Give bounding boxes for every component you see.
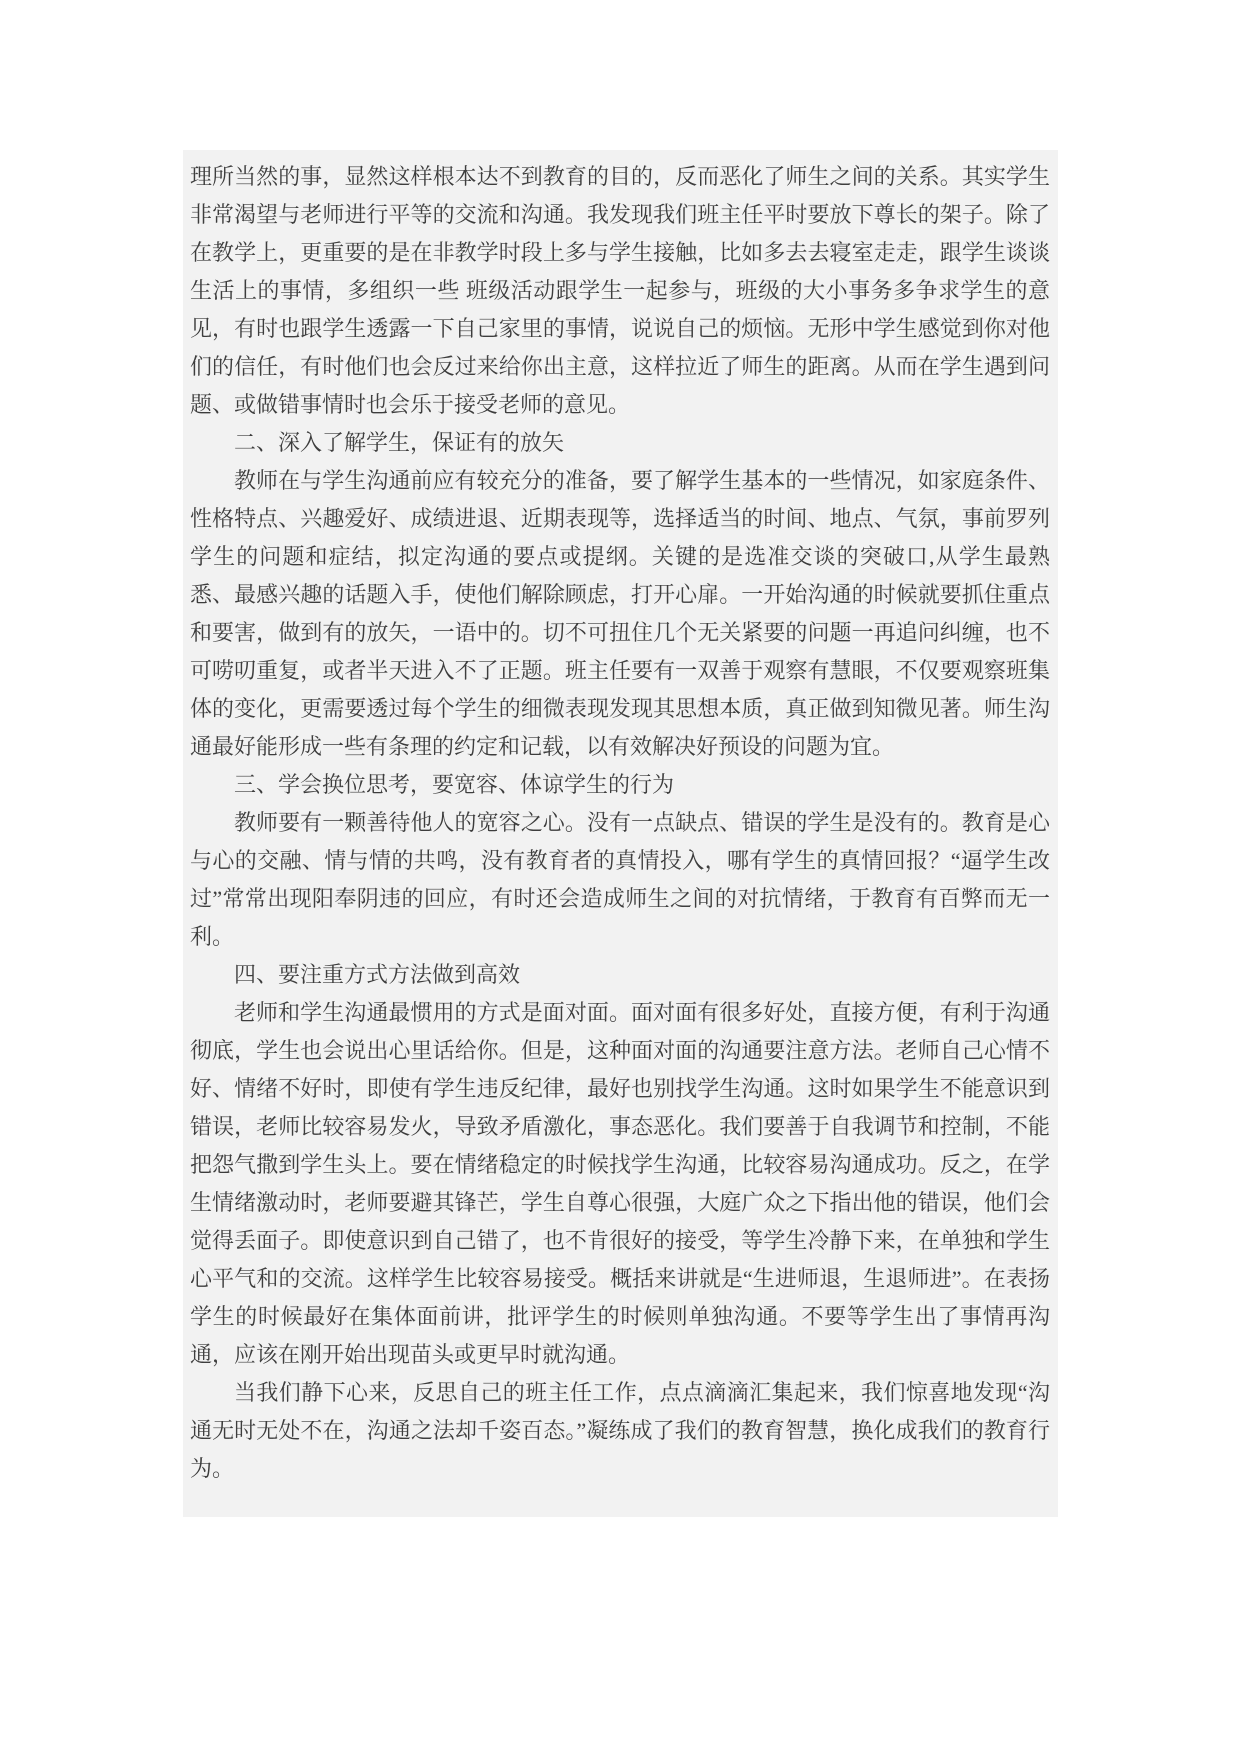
document-page: 理所当然的事，显然这样根本达不到教育的目的，反而恶化了师生之间的关系。其实学生非… bbox=[0, 0, 1241, 1754]
paragraph-section-4: 老师和学生沟通最惯用的方式是面对面。面对面有很多好处，直接方便，有利于沟通彻底，… bbox=[190, 994, 1050, 1374]
paragraph-section-2: 教师在与学生沟通前应有较充分的准备，要了解学生基本的一些情况，如家庭条件、性格特… bbox=[190, 462, 1050, 766]
paragraph-section-3: 教师要有一颗善待他人的宽容之心。没有一点缺点、错误的学生是没有的。教育是心与心的… bbox=[190, 804, 1050, 956]
paragraph-closing: 当我们静下心来，反思自己的班主任工作，点点滴滴汇集起来，我们惊喜地发现“沟通无时… bbox=[190, 1374, 1050, 1488]
section-heading-4: 四、要注重方式方法做到高效 bbox=[190, 956, 1050, 994]
text-content-area: 理所当然的事，显然这样根本达不到教育的目的，反而恶化了师生之间的关系。其实学生非… bbox=[183, 150, 1058, 1517]
section-heading-2: 二、深入了解学生，保证有的放矢 bbox=[190, 424, 1050, 462]
paragraph-continuation: 理所当然的事，显然这样根本达不到教育的目的，反而恶化了师生之间的关系。其实学生非… bbox=[190, 158, 1050, 424]
section-heading-3: 三、学会换位思考，要宽容、体谅学生的行为 bbox=[190, 766, 1050, 804]
